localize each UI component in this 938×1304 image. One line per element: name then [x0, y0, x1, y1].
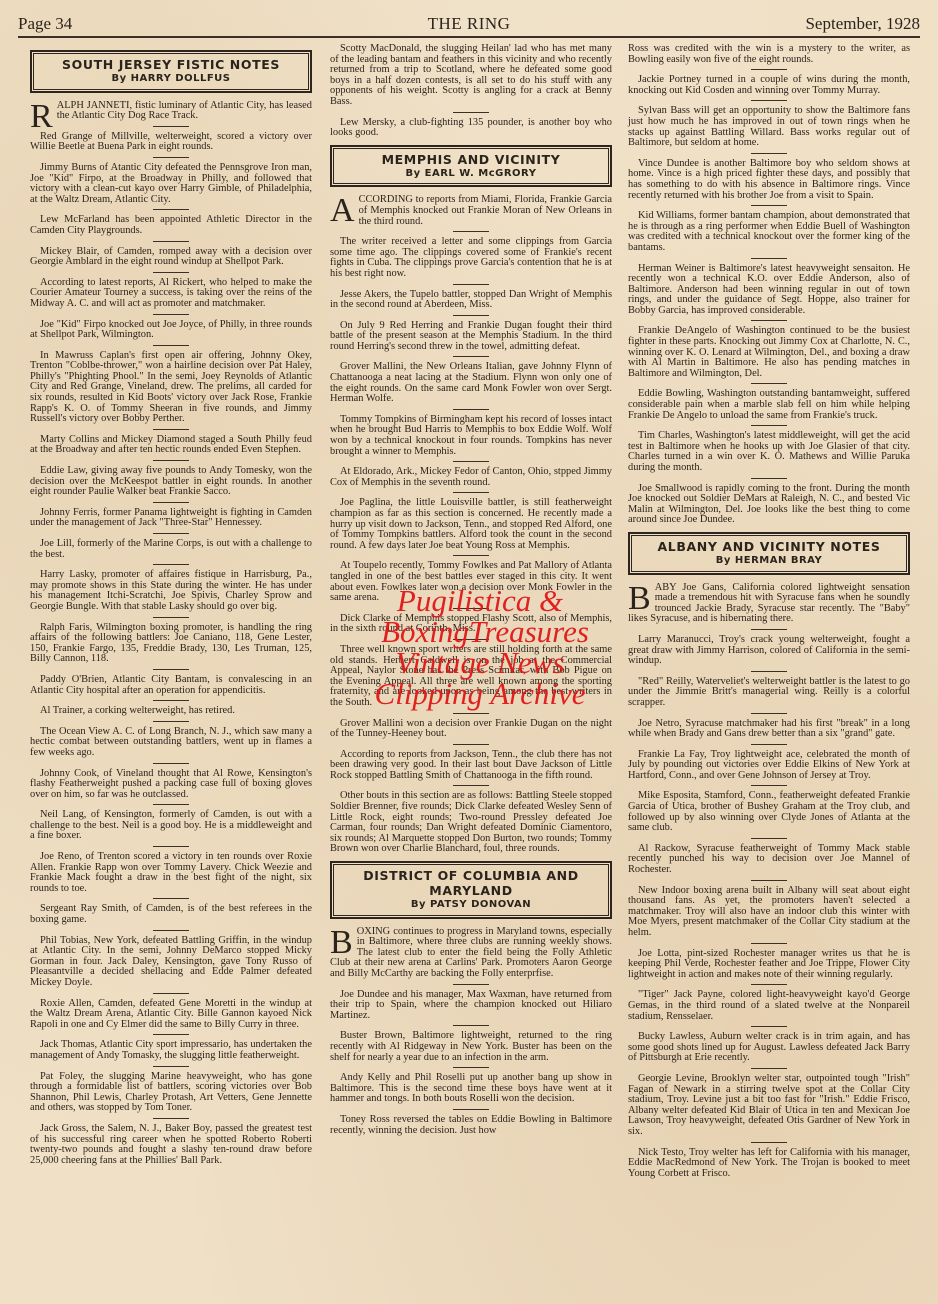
- news-item: BABY Joe Gans, California colored lightw…: [628, 583, 910, 625]
- news-item: Andy Kelly and Phil Roselli put up anoth…: [330, 1073, 612, 1105]
- news-item: According to latest reports, Al Rickert,…: [30, 278, 312, 310]
- news-item-text: Sylvan Bass will get an opportunity to s…: [628, 105, 910, 148]
- news-item-text: The writer received a letter and some cl…: [330, 236, 612, 279]
- news-item: Ross was credited with the win is a myst…: [628, 44, 910, 65]
- news-item: Vince Dundee is another Baltimore boy wh…: [628, 159, 910, 201]
- drop-cap: A: [330, 195, 359, 225]
- news-item: Jesse Akers, the Tupelo battler, stopped…: [330, 290, 612, 311]
- news-item: In Mawruss Caplan's first open air offer…: [30, 351, 312, 425]
- section-title: DISTRICT OF COLUMBIA AND MARYLAND: [336, 868, 606, 898]
- item-divider: [453, 409, 489, 410]
- news-item: Joe Smallwood is rapidly coming to the f…: [628, 484, 910, 526]
- news-item: "Red" Reilly, Waterveliet's welterweight…: [628, 677, 910, 709]
- news-item: Joe "Kid" Firpo knocked out Joe Joyce, o…: [30, 320, 312, 341]
- news-item: Sylvan Bass will get an opportunity to s…: [628, 106, 910, 148]
- news-item: Tommy Tompkins of Birmingham kept his re…: [330, 415, 612, 457]
- item-divider: [751, 838, 787, 839]
- item-divider: [153, 617, 189, 618]
- news-item: Ralph Faris, Wilmington boxing promoter,…: [30, 623, 312, 665]
- news-item: Paddy O'Brien, Atlantic City Bantam, is …: [30, 675, 312, 696]
- item-divider: [751, 383, 787, 384]
- news-item-text: Johnny Ferris, former Panama lightweight…: [30, 507, 312, 529]
- news-item-text: Eddie Bowling, Washington outstanding ba…: [628, 388, 910, 420]
- news-item-text: Phil Tobias, New York, defeated Battling…: [30, 935, 312, 988]
- news-item-text: Jack Gross, the Salem, N. J., Baker Boy,…: [30, 1123, 312, 1166]
- news-item: Marty Collins and Mickey Diamond staged …: [30, 435, 312, 456]
- news-item-text: Red Grange of Millville, welterweight, s…: [30, 131, 312, 153]
- news-item: Joe Dundee and his manager, Max Waxman, …: [330, 990, 612, 1022]
- news-item-text: In Mawruss Caplan's first open air offer…: [30, 350, 312, 425]
- news-item-text: Tim Charles, Washington's latest middlew…: [628, 430, 910, 473]
- item-divider: [153, 126, 189, 127]
- news-item: Phil Tobias, New York, defeated Battling…: [30, 936, 312, 989]
- news-item-text: Eddie Law, giving away five pounds to An…: [30, 465, 312, 497]
- news-item-text: Lew McFarland has been appointed Athleti…: [30, 214, 312, 236]
- news-item: Lew Mersky, a club-fighting 135 pounder,…: [330, 118, 612, 139]
- news-item: Dick Clarke of Memphis stopped Flashy Sc…: [330, 614, 612, 635]
- news-item-text: Frankie DeAngelo of Washington continued…: [628, 325, 910, 378]
- news-item: "Tiger" Jack Payne, colored light-heavyw…: [628, 990, 910, 1022]
- drop-cap: B: [330, 927, 357, 957]
- news-item-text: Jack Thomas, Atlantic City sport impress…: [30, 1039, 312, 1061]
- news-item-text: According to reports from Jackson, Tenn.…: [330, 749, 612, 781]
- news-item: Joe Netro, Syracuse matchmaker had his f…: [628, 719, 910, 740]
- item-divider: [153, 993, 189, 994]
- item-divider: [453, 1025, 489, 1026]
- item-divider: [153, 930, 189, 931]
- item-divider: [751, 478, 787, 479]
- news-item-text: Joe Reno, of Trenton scored a victory in…: [30, 851, 312, 894]
- news-item-text: Mickey Blair, of Camden, romped away wit…: [30, 246, 312, 268]
- news-item-text: Joe Lotta, pint-sized Rochester manager …: [628, 948, 910, 980]
- news-item: Joe Paglina, the little Louisville battl…: [330, 498, 612, 551]
- news-item: Tim Charles, Washington's latest middlew…: [628, 431, 910, 473]
- news-item-text: Joe Dundee and his manager, Max Waxman, …: [330, 989, 612, 1021]
- item-divider: [453, 492, 489, 493]
- news-item: Pat Foley, the slugging Marine heavyweig…: [30, 1072, 312, 1114]
- item-divider: [153, 429, 189, 430]
- news-item: ACCORDING to reports from Miami, Florida…: [330, 195, 612, 227]
- news-item: Frankie DeAngelo of Washington continued…: [628, 326, 910, 379]
- item-divider: [153, 209, 189, 210]
- news-item-text: Joe Lill, formerly of the Marine Corps, …: [30, 538, 312, 560]
- news-item-text: Al Rackow, Syracuse featherweight of Tom…: [628, 843, 910, 875]
- news-item: Eddie Law, giving away five pounds to An…: [30, 466, 312, 498]
- item-divider: [153, 272, 189, 273]
- item-divider: [751, 1068, 787, 1069]
- item-divider: [153, 1066, 189, 1067]
- item-divider: [153, 1118, 189, 1119]
- news-item-text: CCORDING to reports from Miami, Florida,…: [359, 194, 612, 226]
- news-item-text: "Red" Reilly, Waterveliet's welterweight…: [628, 676, 910, 708]
- news-item-text: ABY Joe Gans, California colored lightwe…: [628, 582, 910, 625]
- news-item-text: Jesse Akers, the Tupelo battler, stopped…: [330, 289, 612, 311]
- news-item-text: Vince Dundee is another Baltimore boy wh…: [628, 158, 910, 201]
- item-divider: [453, 713, 489, 714]
- news-item-text: Lew Mersky, a club-fighting 135 pounder,…: [330, 117, 612, 139]
- news-item-text: On July 9 Red Herring and Frankie Dugan …: [330, 320, 612, 352]
- news-item-text: Toney Ross reversed the tables on Eddie …: [330, 1114, 612, 1136]
- item-divider: [453, 555, 489, 556]
- news-item-text: Georgie Levine, Brooklyn welter star, ou…: [628, 1073, 910, 1137]
- news-item: The writer received a letter and some cl…: [330, 237, 612, 279]
- item-divider: [453, 1067, 489, 1068]
- news-item-text: Joe "Kid" Firpo knocked out Joe Joyce, o…: [30, 319, 312, 341]
- news-item-text: Joe Netro, Syracuse matchmaker had his f…: [628, 718, 910, 740]
- news-item: Neil Lang, of Kensington, formerly of Ca…: [30, 810, 312, 842]
- news-item-text: Kid Williams, former bantam champion, ab…: [628, 210, 910, 253]
- news-item: Georgie Levine, Brooklyn welter star, ou…: [628, 1074, 910, 1138]
- section-heading: SOUTH JERSEY FISTIC NOTESBy HARRY DOLLFU…: [30, 50, 312, 93]
- news-item: Al Rackow, Syracuse featherweight of Tom…: [628, 844, 910, 876]
- news-item-text: Scotty MacDonald, the slugging Heilan' l…: [330, 43, 612, 107]
- item-divider: [751, 984, 787, 985]
- news-item: Kid Williams, former bantam champion, ab…: [628, 211, 910, 253]
- news-item: Jack Gross, the Salem, N. J., Baker Boy,…: [30, 1124, 312, 1166]
- news-item: Al Trainer, a corking welterweight, has …: [30, 706, 312, 717]
- item-divider: [453, 608, 489, 609]
- news-item: Johnny Cook, of Vineland thought that Al…: [30, 769, 312, 801]
- news-item-text: The Ocean View A. C. of Long Branch, N. …: [30, 726, 312, 758]
- news-item-text: Jackie Portney turned in a couple of win…: [628, 74, 910, 96]
- news-item: Bucky Lawless, Auburn welter crack is in…: [628, 1032, 910, 1064]
- item-divider: [153, 314, 189, 315]
- news-item-text: Buster Brown, Baltimore lightweight, ret…: [330, 1030, 612, 1062]
- item-divider: [453, 1109, 489, 1110]
- item-divider: [751, 629, 787, 630]
- news-item: Grover Mallini, the New Orleans Italian,…: [330, 362, 612, 404]
- section-byline: By EARL W. McGRORY: [336, 169, 606, 180]
- item-divider: [751, 258, 787, 259]
- item-divider: [751, 100, 787, 101]
- news-item-text: Herman Weiner is Baltimore's latest heav…: [628, 263, 910, 316]
- news-item: At Eldorado, Ark., Mickey Fedor of Canto…: [330, 467, 612, 488]
- news-item: Joe Reno, of Trenton scored a victory in…: [30, 852, 312, 894]
- item-divider: [153, 804, 189, 805]
- item-divider: [153, 533, 189, 534]
- column-3: Ross was credited with the win is a myst…: [628, 44, 910, 1183]
- news-item-text: Pat Foley, the slugging Marine heavyweig…: [30, 1071, 312, 1114]
- news-item: Nick Testo, Troy welter has left for Cal…: [628, 1148, 910, 1180]
- news-item: Jackie Portney turned in a couple of win…: [628, 75, 910, 96]
- item-divider: [153, 700, 189, 701]
- column-2: Scotty MacDonald, the slugging Heilan' l…: [330, 44, 612, 1140]
- news-item-text: According to latest reports, Al Rickert,…: [30, 277, 312, 309]
- news-item-text: Neil Lang, of Kensington, formerly of Ca…: [30, 809, 312, 841]
- news-item: Jack Thomas, Atlantic City sport impress…: [30, 1040, 312, 1061]
- news-item-text: Marty Collins and Mickey Diamond staged …: [30, 434, 312, 456]
- item-divider: [453, 461, 489, 462]
- news-item: Herman Weiner is Baltimore's latest heav…: [628, 264, 910, 317]
- news-item: Buster Brown, Baltimore lightweight, ret…: [330, 1031, 612, 1063]
- section-heading: MEMPHIS AND VICINITYBy EARL W. McGRORY: [330, 145, 612, 188]
- section-byline: By HERMAN BRAY: [634, 556, 904, 567]
- issue-date: September, 1928: [805, 14, 920, 34]
- news-item-text: Tommy Tompkins of Birmingham kept his re…: [330, 414, 612, 457]
- news-item-text: Frankie La Fay, Troy lightweight ace, ce…: [628, 749, 910, 781]
- item-divider: [751, 1142, 787, 1143]
- item-divider: [751, 153, 787, 154]
- item-divider: [453, 284, 489, 285]
- section-byline: By HARRY DOLLFUS: [36, 74, 306, 85]
- drop-cap: R: [30, 101, 57, 131]
- news-item: New Indoor boxing arena built in Albany …: [628, 886, 910, 939]
- news-item-text: Dick Clarke of Memphis stopped Flashy Sc…: [330, 613, 612, 635]
- section-heading: DISTRICT OF COLUMBIA AND MARYLANDBy PATS…: [330, 861, 612, 919]
- news-item-text: Jimmy Burns of Atantic City defeated the…: [30, 162, 312, 205]
- news-item-text: Grover Mallini won a decision over Frank…: [330, 718, 612, 740]
- news-item-text: Al Trainer, a corking welterweight, has …: [40, 705, 235, 716]
- section-byline: By PATSY DONOVAN: [336, 900, 606, 911]
- section-title: MEMPHIS AND VICINITY: [336, 152, 606, 167]
- news-item: Johnny Ferris, former Panama lightweight…: [30, 508, 312, 529]
- news-item: Frankie La Fay, Troy lightweight ace, ce…: [628, 750, 910, 782]
- news-item-text: Roxie Allen, Camden, defeated Gene Moret…: [30, 998, 312, 1030]
- item-divider: [153, 460, 189, 461]
- item-divider: [153, 157, 189, 158]
- news-item: Harry Lasky, promoter of affaires fistiq…: [30, 570, 312, 612]
- item-divider: [153, 502, 189, 503]
- item-divider: [453, 112, 489, 113]
- item-divider: [751, 320, 787, 321]
- item-divider: [751, 943, 787, 944]
- news-item: Red Grange of Millville, welterweight, s…: [30, 132, 312, 153]
- news-item: Mike Esposita, Stamford, Conn., featherw…: [628, 791, 910, 833]
- news-item: Lew McFarland has been appointed Athleti…: [30, 215, 312, 236]
- news-item: Other bouts in this section are as follo…: [330, 791, 612, 855]
- news-item: Sergeant Ray Smith, of Camden, is of the…: [30, 904, 312, 925]
- item-divider: [153, 345, 189, 346]
- item-divider: [751, 1026, 787, 1027]
- news-item-text: New Indoor boxing arena built in Albany …: [628, 885, 910, 938]
- news-item-text: Sergeant Ray Smith, of Camden, is of the…: [30, 903, 312, 925]
- news-item: At Toupelo recently, Tommy Fowlkes and P…: [330, 561, 612, 603]
- news-item: Toney Ross reversed the tables on Eddie …: [330, 1115, 612, 1136]
- item-divider: [751, 671, 787, 672]
- news-item-text: Andy Kelly and Phil Roselli put up anoth…: [330, 1072, 612, 1104]
- drop-cap: B: [628, 583, 655, 613]
- news-item-text: At Toupelo recently, Tommy Fowlkes and P…: [330, 560, 612, 603]
- news-item-text: ALPH JANNETI, fistic luminary of Atlanti…: [57, 100, 312, 122]
- news-item-text: Joe Paglina, the little Louisville battl…: [330, 497, 612, 550]
- news-item: According to reports from Jackson, Tenn.…: [330, 750, 612, 782]
- news-item-text: Larry Maranucci, Troy's crack young welt…: [628, 634, 910, 666]
- news-item-text: Ross was credited with the win is a myst…: [628, 43, 910, 65]
- column-1: SOUTH JERSEY FISTIC NOTESBy HARRY DOLLFU…: [30, 44, 312, 1170]
- news-item-text: Other bouts in this section are as follo…: [330, 790, 612, 854]
- news-item-text: Mike Esposita, Stamford, Conn., featherw…: [628, 790, 910, 833]
- news-item: On July 9 Red Herring and Frankie Dugan …: [330, 321, 612, 353]
- item-divider: [751, 425, 787, 426]
- news-item: BOXING continues to progress in Maryland…: [330, 927, 612, 980]
- item-divider: [153, 669, 189, 670]
- news-item-text: Three well known sport writers are still…: [330, 644, 612, 708]
- news-item: Jimmy Burns of Atantic City defeated the…: [30, 163, 312, 205]
- news-item-text: Joe Smallwood is rapidly coming to the f…: [628, 483, 910, 526]
- news-item-text: "Tiger" Jack Payne, colored light-heavyw…: [628, 989, 910, 1021]
- item-divider: [751, 713, 787, 714]
- item-divider: [453, 785, 489, 786]
- news-item: RALPH JANNETI, fistic luminary of Atlant…: [30, 101, 312, 122]
- news-item-text: Harry Lasky, promoter of affaires fistiq…: [30, 569, 312, 612]
- section-heading: ALBANY AND VICINITY NOTESBy HERMAN BRAY: [628, 532, 910, 575]
- news-item-text: OXING continues to progress in Maryland …: [330, 926, 612, 979]
- item-divider: [153, 898, 189, 899]
- news-item: Scotty MacDonald, the slugging Heilan' l…: [330, 44, 612, 108]
- section-title: SOUTH JERSEY FISTIC NOTES: [36, 57, 306, 72]
- news-item-text: Johnny Cook, of Vineland thought that Al…: [30, 768, 312, 800]
- item-divider: [751, 69, 787, 70]
- item-divider: [453, 744, 489, 745]
- news-item: The Ocean View A. C. of Long Branch, N. …: [30, 727, 312, 759]
- item-divider: [453, 315, 489, 316]
- item-divider: [751, 205, 787, 206]
- section-title: ALBANY AND VICINITY NOTES: [634, 539, 904, 554]
- item-divider: [751, 744, 787, 745]
- item-divider: [453, 231, 489, 232]
- item-divider: [153, 241, 189, 242]
- item-divider: [751, 880, 787, 881]
- news-item-text: Ralph Faris, Wilmington boxing promoter,…: [30, 622, 312, 665]
- item-divider: [751, 785, 787, 786]
- news-item: Roxie Allen, Camden, defeated Gene Moret…: [30, 999, 312, 1031]
- item-divider: [453, 984, 489, 985]
- item-divider: [453, 639, 489, 640]
- item-divider: [153, 564, 189, 565]
- page-header: Page 34 THE RING September, 1928: [18, 10, 920, 38]
- news-item-text: Grover Mallini, the New Orleans Italian,…: [330, 361, 612, 404]
- news-item: Larry Maranucci, Troy's crack young welt…: [628, 635, 910, 667]
- publication-title: THE RING: [18, 14, 920, 34]
- news-item: Eddie Bowling, Washington outstanding ba…: [628, 389, 910, 421]
- news-item: Joe Lotta, pint-sized Rochester manager …: [628, 949, 910, 981]
- item-divider: [153, 721, 189, 722]
- news-item-text: Nick Testo, Troy welter has left for Cal…: [628, 1147, 910, 1179]
- news-item: Grover Mallini won a decision over Frank…: [330, 719, 612, 740]
- item-divider: [153, 763, 189, 764]
- news-item: Three well known sport writers are still…: [330, 645, 612, 709]
- news-item-text: Paddy O'Brien, Atlantic City Bantam, is …: [30, 674, 312, 696]
- news-item-text: At Eldorado, Ark., Mickey Fedor of Canto…: [330, 466, 612, 488]
- item-divider: [153, 846, 189, 847]
- news-item: Joe Lill, formerly of the Marine Corps, …: [30, 539, 312, 560]
- item-divider: [153, 1034, 189, 1035]
- news-item: Mickey Blair, of Camden, romped away wit…: [30, 247, 312, 268]
- item-divider: [453, 356, 489, 357]
- news-item-text: Bucky Lawless, Auburn welter crack is in…: [628, 1031, 910, 1063]
